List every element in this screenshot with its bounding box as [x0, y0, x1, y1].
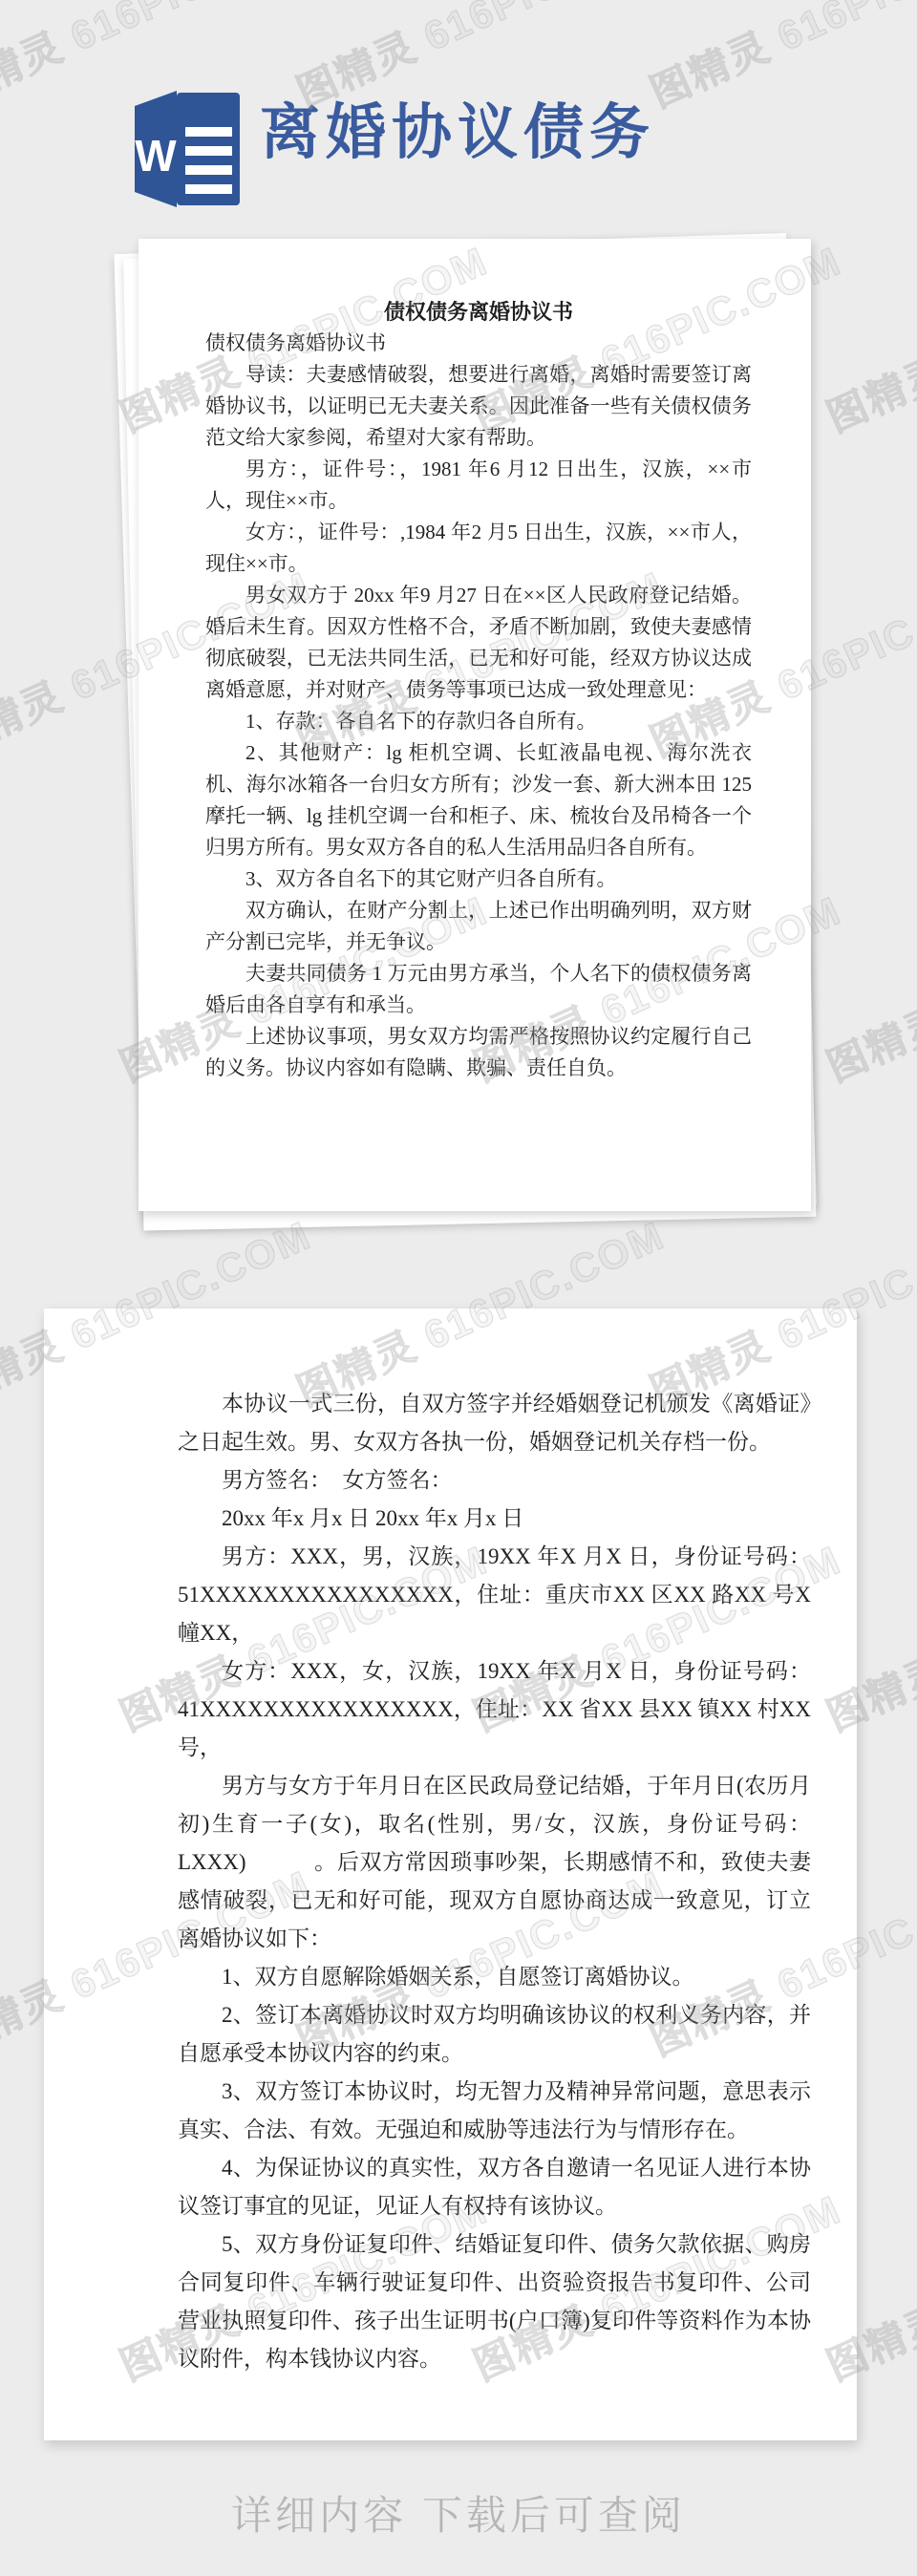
footer-hint: 详细内容 下载后可查阅 — [0, 2491, 917, 2541]
paragraph: 上述协议事项，男女双方均需严格按照协议约定履行自己的义务。协议内容如有隐瞒、欺骗… — [205, 1021, 752, 1084]
paragraph: 女方：XXX，女，汉族，19XX 年X 月X 日，身份证号码：41XXXXXXX… — [178, 1652, 811, 1767]
paragraph: 女方：，证件号：,1984 年2 月5 日出生，汉族，××市人，现住××市。 — [205, 517, 752, 580]
paragraph: 20xx 年x 月x 日 20xx 年x 月x 日 — [178, 1500, 811, 1538]
document-page-1: 债权债务离婚协议书 债权债务离婚协议书导读：夫妻感情破裂，想要进行离婚，离婚时需… — [139, 239, 811, 1211]
header: W 离婚协议债务 — [0, 0, 917, 229]
paragraph: 4、为保证协议的真实性，双方各自邀请一名见证人进行本协议签订事宜的见证，见证人有… — [178, 2149, 811, 2225]
preview-canvas: 图精灵 616PIC.COM图精灵 616PIC.COM图精灵 616PIC.C… — [0, 0, 917, 2576]
paragraph: 1、存款：各自名下的存款归各自所有。 — [205, 706, 752, 737]
page1-body: 债权债务离婚协议书导读：夫妻感情破裂，想要进行离婚，离婚时需要签订离婚协议书，以… — [205, 328, 752, 1084]
paragraph: 3、双方各自名下的其它财产归各自所有。 — [205, 863, 752, 895]
paragraph: 5、双方身份证复印件、结婚证复印件、债务欠款依据、购房合同复印件、车辆行驶证复印… — [178, 2225, 811, 2378]
page-title: 离婚协议债务 — [260, 99, 655, 166]
paragraph: 夫妻共同债务 1 万元由男方承当，个人名下的债权债务离婚后由各自享有和承当。 — [205, 958, 752, 1021]
paragraph: 2、其他财产：lg 柜机空调、长虹液晶电视、海尔洗衣机、海尔冰箱各一台归女方所有… — [205, 737, 752, 863]
paragraph: 导读：夫妻感情破裂，想要进行离婚，离婚时需要签订离婚协议书，以证明已无夫妻关系。… — [205, 359, 752, 454]
document-page-2: 本协议一式三份，自双方签字并经婚姻登记机颁发《离婚证》之日起生效。男、女双方各执… — [44, 1309, 857, 2440]
paragraph: 1、双方自愿解除婚姻关系，自愿签订离婚协议。 — [178, 1958, 811, 1996]
paragraph: 男方与女方于年月日在区民政局登记结婚，于年月日(农历月初)生育一子(女)，取名(… — [178, 1767, 811, 1958]
watermark-text: 图精灵 616PIC.COM — [817, 230, 917, 444]
word-logo-letter: W — [135, 131, 177, 181]
paragraph: 2、签订本离婚协议时双方均明确该协议的权利义务内容，并自愿承受本协议内容的约束。 — [178, 1996, 811, 2073]
paragraph: 债权债务离婚协议书 — [205, 328, 752, 359]
paragraph: 本协议一式三份，自双方签字并经婚姻登记机颁发《离婚证》之日起生效。男、女双方各执… — [178, 1385, 811, 1461]
document-title: 债权债务离婚协议书 — [205, 296, 752, 328]
watermark-text: 图精灵 616PIC.COM — [817, 880, 917, 1094]
paragraph: 男方签名： 女方签名： — [178, 1461, 811, 1500]
paragraph: 3、双方签订本协议时，均无智力及精神异常问题，意思表示真实、合法、有效。无强迫和… — [178, 2073, 811, 2149]
paragraph: 男方：，证件号：，1981 年6 月12 日出生，汉族，××市人，现住××市。 — [205, 454, 752, 517]
paragraph: 男方：XXX，男，汉族，19XX 年X 月X 日，身份证号码：51XXXXXXX… — [178, 1538, 811, 1652]
page2-body: 本协议一式三份，自双方签字并经婚姻登记机颁发《离婚证》之日起生效。男、女双方各执… — [178, 1385, 811, 2378]
document-page-1-stack: 债权债务离婚协议书 债权债务离婚协议书导读：夫妻感情破裂，想要进行离婚，离婚时需… — [139, 239, 811, 1211]
word-logo-icon: W — [127, 80, 245, 217]
paragraph: 男女双方于 20xx 年9 月27 日在××区人民政府登记结婚。婚后未生育。因双… — [205, 580, 752, 706]
paragraph: 双方确认，在财产分割上，上述已作出明确列明，双方财产分割已完毕，并无争议。 — [205, 895, 752, 958]
